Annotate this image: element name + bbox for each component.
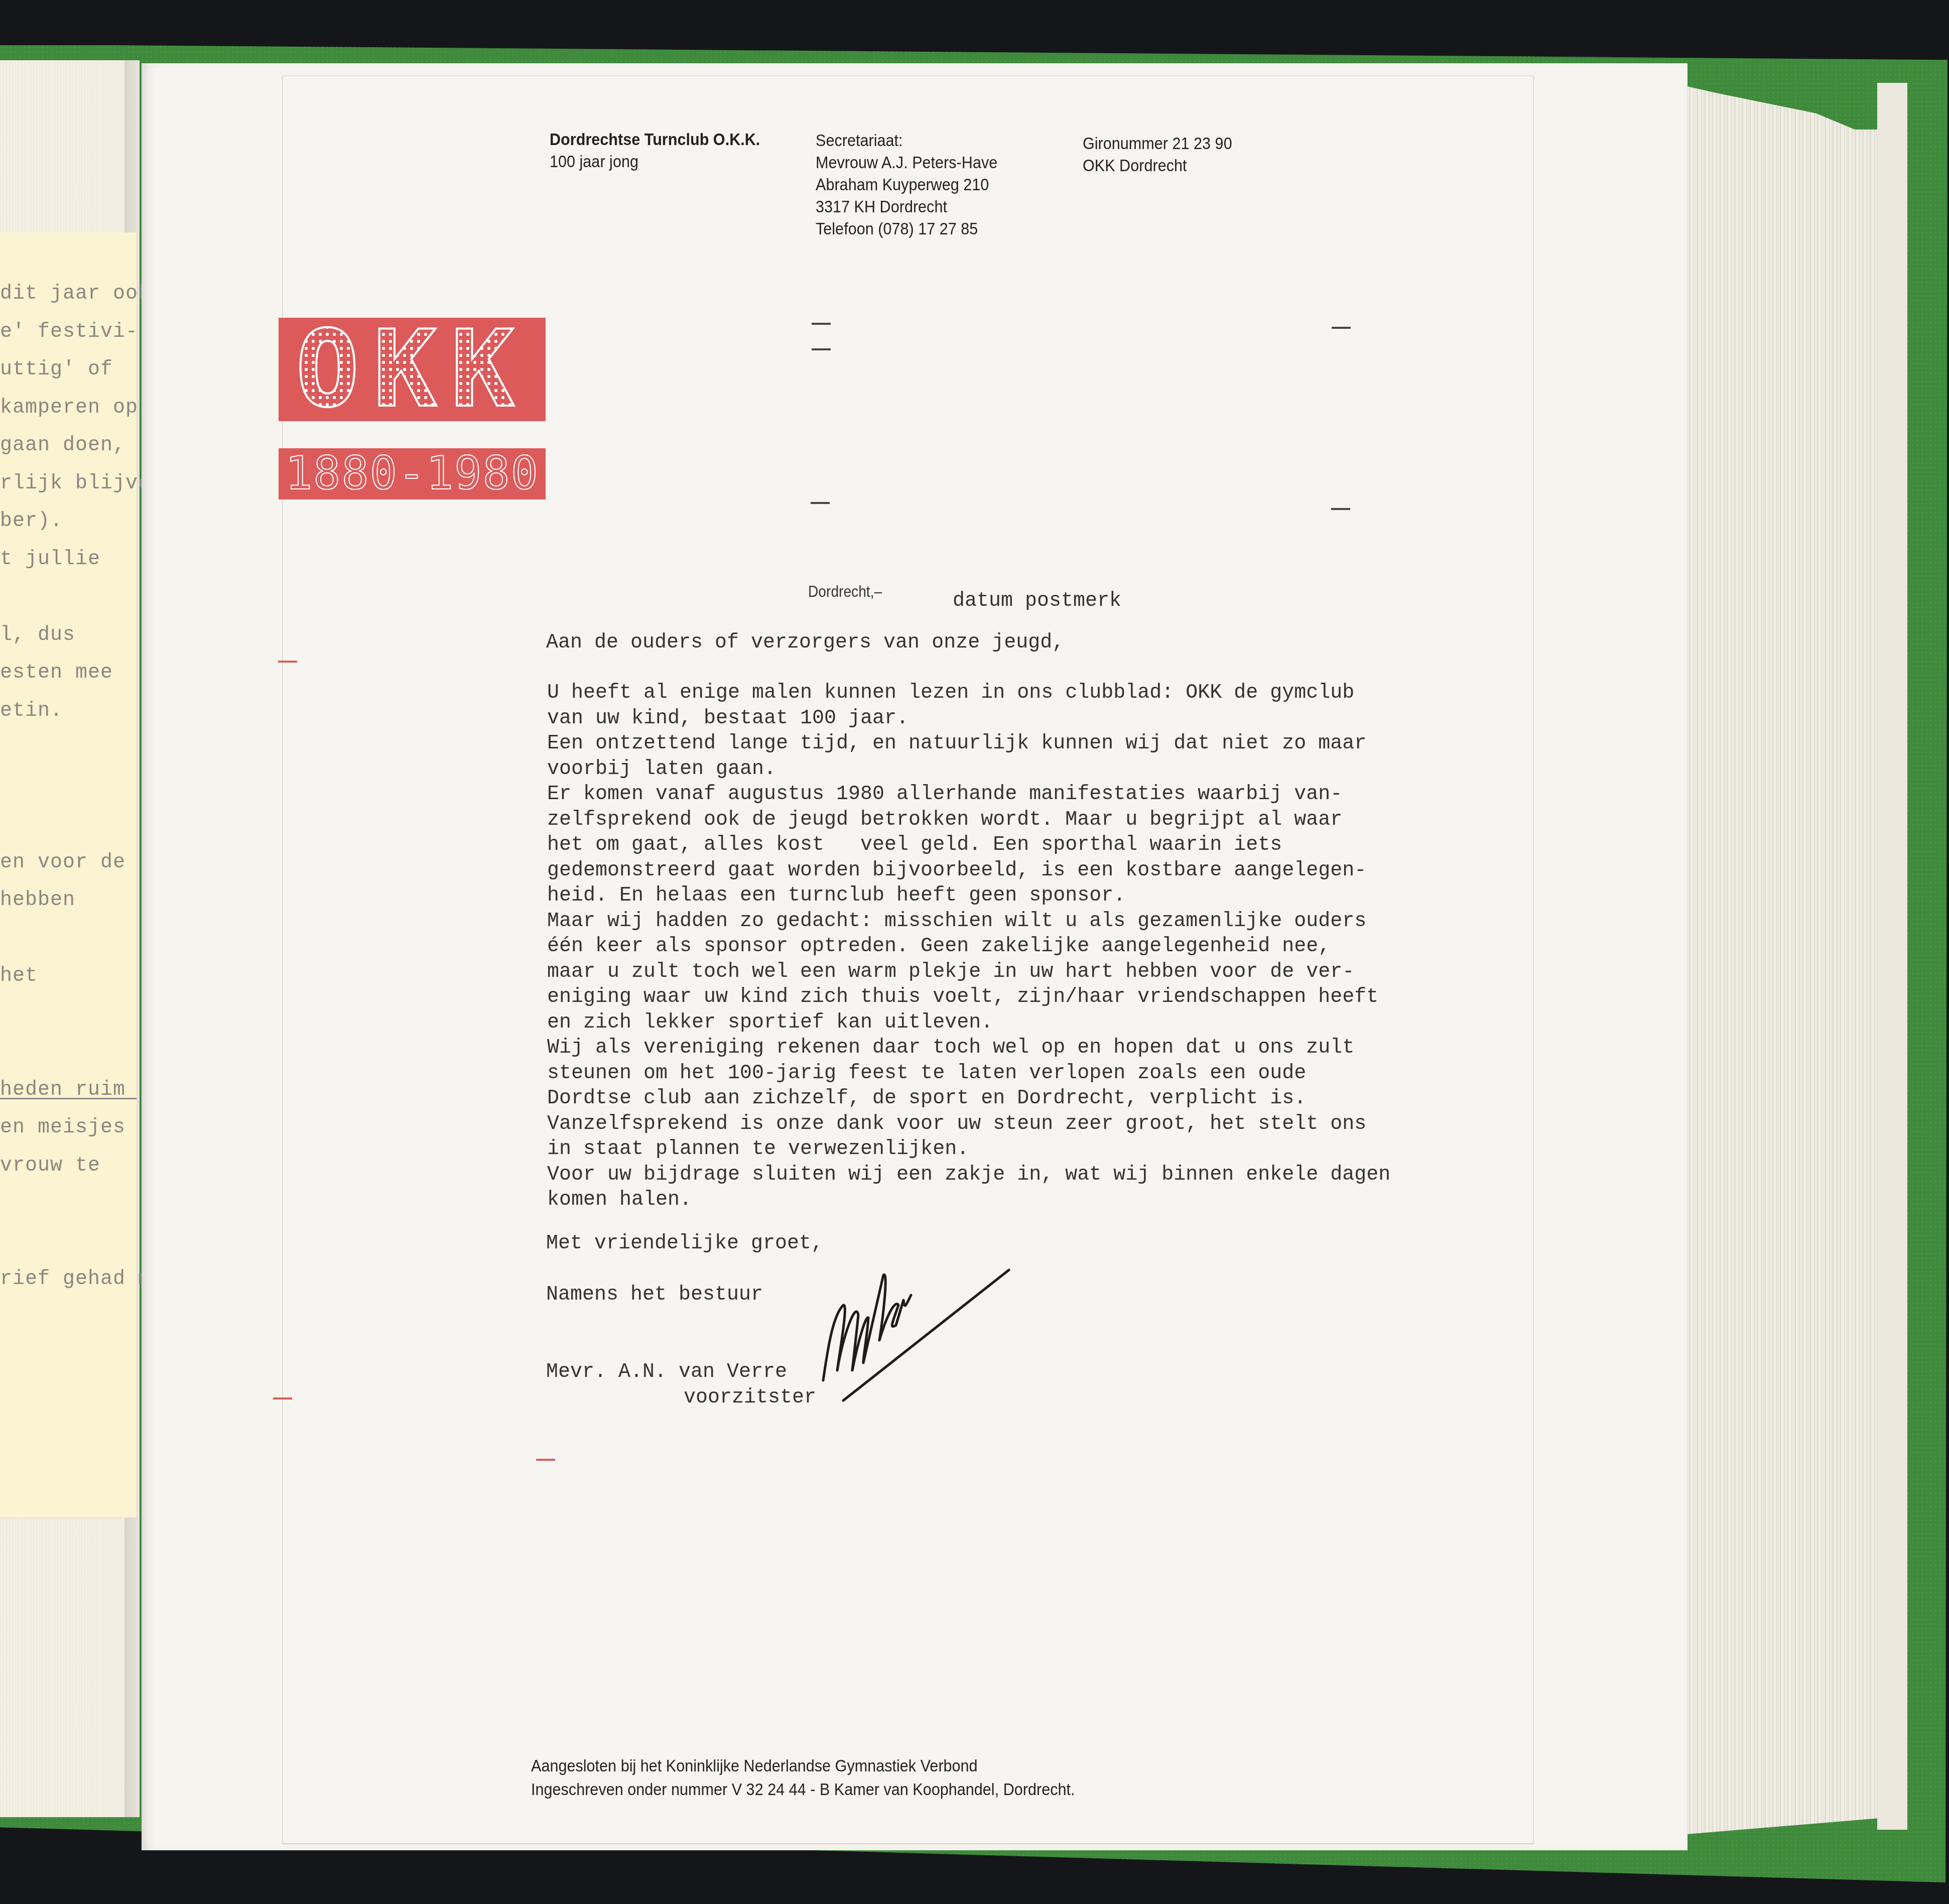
letter-line: steunen om het 100-jarig feest te laten … — [547, 1061, 1501, 1087]
letter-line: Maar wij hadden zo gedacht: misschien wi… — [547, 909, 1501, 935]
letter-line: maar u zult toch wel een warm plekje in … — [547, 960, 1501, 985]
previous-page-text-fragment: uttig' of — [0, 358, 113, 381]
previous-page-text-fragment: het — [0, 965, 38, 987]
salutation: Aan de ouders of verzorgers van onze jeu… — [546, 631, 1064, 654]
secretariat-label: Secretariaat: — [816, 130, 997, 152]
previous-page-text-fragment: e' festivi- — [0, 321, 138, 343]
letter-line: gedemonstreerd gaat worden bijvoorbeeld,… — [547, 858, 1501, 884]
letter-line: in staat plannen te verwezenlijken. — [547, 1137, 1501, 1163]
secretariat-line: Mevrouw A.J. Peters-Have — [816, 152, 997, 174]
letter-line: U heeft al enige malen kunnen lezen in o… — [547, 681, 1501, 706]
fold-mark — [273, 1398, 292, 1400]
giro-number: Gironummer 21 23 90 — [1083, 133, 1232, 155]
giro-name: OKK Dordrecht — [1083, 155, 1232, 177]
logo-years: 1880-1980 — [285, 451, 539, 496]
letter-line: en zich lekker sportief kan uitleven. — [547, 1010, 1501, 1036]
letter-line: Vanzelfsprekend is onze dank voor uw ste… — [547, 1112, 1501, 1137]
previous-page-text-fragment: rlijk blijve — [0, 472, 151, 495]
fold-mark — [278, 661, 297, 663]
fold-mark — [536, 1459, 555, 1461]
previous-page-text-fragment: l, dus — [0, 624, 75, 647]
signatory-title: voorzitster — [684, 1386, 816, 1409]
letter-line: zelfsprekend ook de jeugd betrokken word… — [547, 808, 1501, 833]
letter-line: één keer als sponsor optreden. Geen zake… — [547, 934, 1501, 960]
letter-footer: Aangesloten bij het Koninklijke Nederlan… — [531, 1754, 1075, 1802]
footer-line: Aangesloten bij het Koninklijke Nederlan… — [531, 1754, 1075, 1778]
previous-page-text-fragment: dit jaar ook — [0, 283, 151, 305]
previous-page-yellow-sheet: dit jaar ooke' festivi-uttig' of kampere… — [0, 232, 137, 1518]
on-behalf: Namens het bestuur — [546, 1284, 763, 1306]
previous-page-text-fragment: esten mee — [0, 662, 113, 684]
secretariat-line: 3317 KH Dordrecht — [816, 196, 997, 218]
signatory-name: Mevr. A.N. van Verre — [546, 1361, 787, 1383]
logo-initials: OKK — [296, 317, 528, 422]
previous-page-text-fragment: hebben — [0, 889, 75, 912]
previous-page-text-fragment: rief gehad m — [0, 1268, 151, 1291]
letter-line: Voor uw bijdrage sluiten wij een zakje i… — [547, 1163, 1501, 1188]
address-mark — [1331, 508, 1350, 510]
previous-page-text-fragment: t jullie — [0, 548, 100, 571]
letter-line: van uw kind, bestaat 100 jaar. — [547, 706, 1501, 732]
letterhead-club: Dordrechtse Turnclub O.K.K. 100 jaar jon… — [550, 129, 760, 173]
date-label: Dordrecht,– — [808, 582, 882, 601]
page-stack-edge — [1686, 50, 1902, 1852]
letter-line: komen halen. — [547, 1188, 1501, 1213]
letter-line: Er komen vanaf augustus 1980 allerhande … — [547, 782, 1501, 808]
letter-line: eniging waar uw kind zich thuis voelt, z… — [547, 985, 1501, 1010]
closing: Met vriendelijke groet, — [546, 1232, 823, 1255]
letter-line: voorbij laten gaan. — [547, 757, 1501, 783]
address-mark — [1332, 327, 1351, 329]
letter-line: Wij als vereniging rekenen daar toch wel… — [547, 1036, 1501, 1061]
letter-line: heid. En helaas een turnclub heeft geen … — [547, 883, 1501, 909]
address-mark — [811, 502, 830, 504]
letter-line: Dordtse club aan zichzelf, de sport en D… — [547, 1086, 1501, 1112]
letter-body: U heeft al enige malen kunnen lezen in o… — [547, 681, 1501, 1213]
previous-page-text-fragment: kamperen op — [0, 397, 138, 419]
previous-page-text-fragment: etin. — [0, 700, 63, 722]
previous-page-text-fragment: vrouw te — [0, 1155, 100, 1177]
previous-page-text-fragment: ber). — [0, 510, 63, 533]
date-value: datum postmerk — [953, 590, 1121, 612]
club-name: Dordrechtse Turnclub O.K.K. — [550, 129, 760, 151]
signature — [813, 1255, 1014, 1406]
secretariat-line: Telefoon (078) 17 27 85 — [816, 218, 997, 240]
club-tagline: 100 jaar jong — [550, 151, 760, 173]
previous-page-text-fragment: gaan doen, — [0, 434, 125, 457]
okk-years-banner: 1880-1980 — [279, 448, 546, 499]
address-mark — [812, 348, 831, 350]
letterhead-secretariat: Secretariaat: Mevrouw A.J. Peters-Have A… — [816, 130, 997, 240]
previous-page-text-fragment: en voor de — [0, 851, 125, 874]
page-stack-front — [1877, 83, 1907, 1830]
address-mark — [812, 323, 831, 325]
secretariat-line: Abraham Kuyperweg 210 — [816, 174, 997, 196]
okk-logo: OKK — [279, 318, 546, 421]
letter-line: Een ontzettend lange tijd, en natuurlijk… — [547, 731, 1501, 757]
previous-page-text-fragment: en meisjes — [0, 1116, 125, 1139]
letterhead-giro: Gironummer 21 23 90 OKK Dordrecht — [1083, 133, 1232, 177]
footer-line: Ingeschreven onder nummer V 32 24 44 - B… — [531, 1778, 1075, 1802]
letter-line: het om gaat, alles kost veel geld. Een s… — [547, 833, 1501, 858]
previous-page-divider — [0, 1098, 137, 1099]
